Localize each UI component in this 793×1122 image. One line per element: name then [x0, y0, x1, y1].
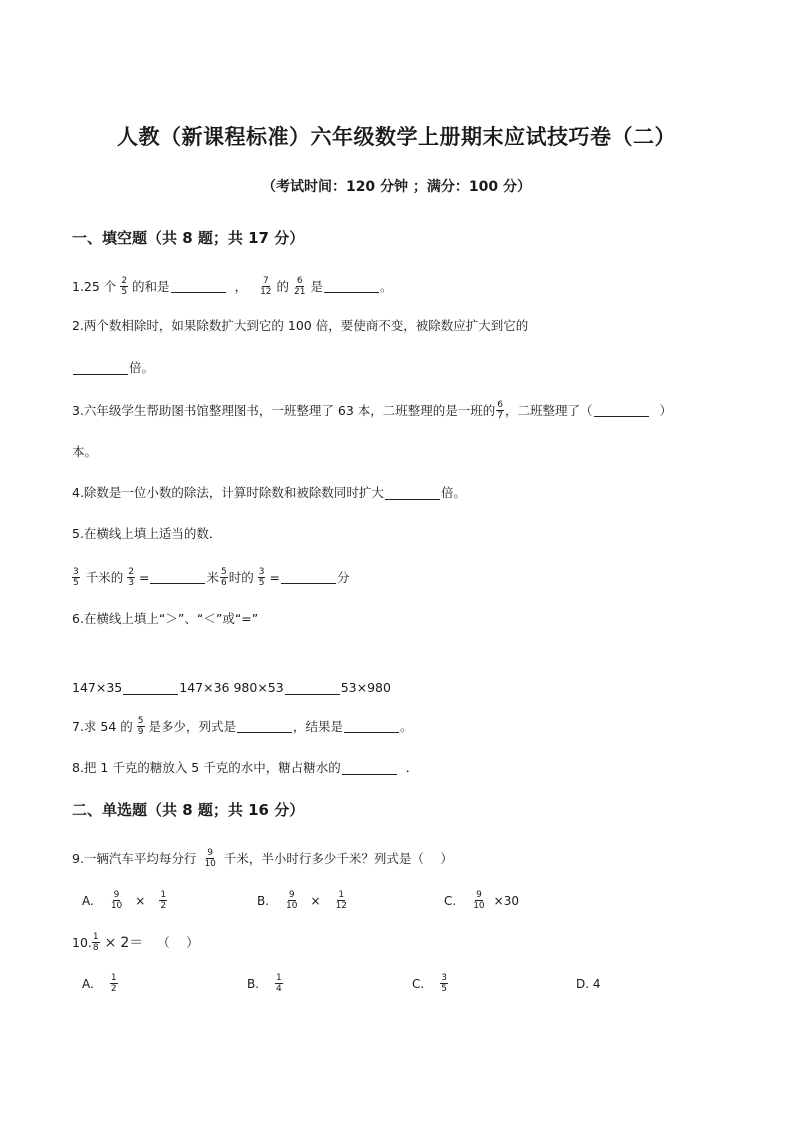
answer-blank[interactable] — [150, 571, 205, 584]
q9-option-a[interactable]: A. 910 × 12 — [82, 890, 171, 911]
section-heading-fill-in: 一、填空题（共 8 题；共 17 分） — [72, 227, 304, 248]
fraction: 910 — [472, 890, 485, 911]
q9-option-b[interactable]: B. 910 × 112 — [257, 890, 352, 911]
answer-blank[interactable] — [285, 682, 340, 695]
fraction: 910 — [285, 890, 298, 911]
document-title: 人教（新课程标准）六年级数学上册期末应试技巧卷（二） — [0, 121, 793, 151]
answer-blank[interactable] — [324, 280, 379, 293]
q9-option-c[interactable]: C. 910 ×30 — [444, 890, 519, 911]
answer-blank[interactable] — [171, 280, 226, 293]
fraction: 35 — [258, 567, 266, 588]
fraction: 56 — [220, 567, 228, 588]
fraction: 112 — [335, 890, 348, 911]
fraction: 910 — [110, 890, 123, 911]
answer-blank[interactable] — [594, 404, 649, 417]
fraction: 59 — [137, 716, 145, 737]
question-4: 4.除数是一位小数的除法，计算时除数和被除数同时扩大 倍。 — [72, 484, 466, 502]
q1-prefix: 1.25 个 — [72, 278, 116, 296]
fraction: 25 — [120, 276, 128, 297]
question-7: 7.求 54 的 59 是多少，列式是 ，结果是 。 — [72, 716, 413, 737]
question-2-cont: 倍。 — [72, 359, 154, 377]
question-9: 9.一辆汽车平均每分行 910 千米，半小时行多少千米？列式是（ ） — [72, 848, 453, 869]
fraction: 712 — [259, 276, 272, 297]
question-5-body: 35 千米的 23 = 米 56 时的 35 = 分 — [72, 567, 349, 588]
question-2: 2.两个数相除时，如果除数扩大到它的 100 倍，要使商不变，被除数应扩大到它的 — [72, 317, 528, 335]
question-8: 8.把 1 千克的糖放入 5 千克的水中，糖占糖水的 ． — [72, 759, 418, 777]
q10-option-d[interactable]: D. 4 — [576, 977, 601, 991]
multiply-sign: × — [105, 934, 117, 952]
fraction: 12 — [159, 890, 167, 911]
answer-blank[interactable] — [342, 762, 397, 775]
answer-blank[interactable] — [73, 362, 128, 375]
question-10: 10. 18 × 2＝ （ ） — [72, 932, 199, 953]
document-subtitle: （考试时间：120 分钟 ；满分：100 分） — [0, 176, 793, 196]
fraction: 621 — [293, 276, 306, 297]
question-6: 6.在横线上填上“＞”、“＜”或“=” — [72, 610, 258, 628]
fraction: 18 — [92, 932, 100, 953]
fraction: 23 — [127, 567, 135, 588]
answer-blank[interactable] — [385, 487, 440, 500]
answer-blank[interactable] — [344, 720, 399, 733]
question-1: 1.25 个 25 的和是 ， 712 的 621 是 。 — [72, 276, 393, 297]
question-6-body: 147×35 147×36 980×53 53×980 — [72, 679, 391, 697]
fraction: 910 — [203, 848, 216, 869]
fraction: 67 — [496, 400, 504, 421]
fraction: 35 — [72, 567, 80, 588]
q10-option-a[interactable]: A. 12 — [82, 973, 122, 994]
answer-blank[interactable] — [123, 682, 178, 695]
q10-option-c[interactable]: C. 35 — [412, 973, 452, 994]
question-3-cont: 本。 — [72, 443, 97, 461]
fraction: 35 — [440, 973, 448, 994]
answer-blank[interactable] — [281, 571, 336, 584]
fraction: 12 — [110, 973, 118, 994]
section-heading-single-choice: 二、单选题（共 8 题；共 16 分） — [72, 799, 304, 820]
q10-option-b[interactable]: B. 14 — [247, 973, 287, 994]
fraction: 14 — [275, 973, 283, 994]
question-5: 5.在横线上填上适当的数． — [72, 525, 221, 543]
question-3: 3.六年级学生帮助图书馆整理图书，一班整理了 63 本，二班整理的是一班的 67… — [72, 400, 672, 421]
answer-blank[interactable] — [237, 720, 292, 733]
